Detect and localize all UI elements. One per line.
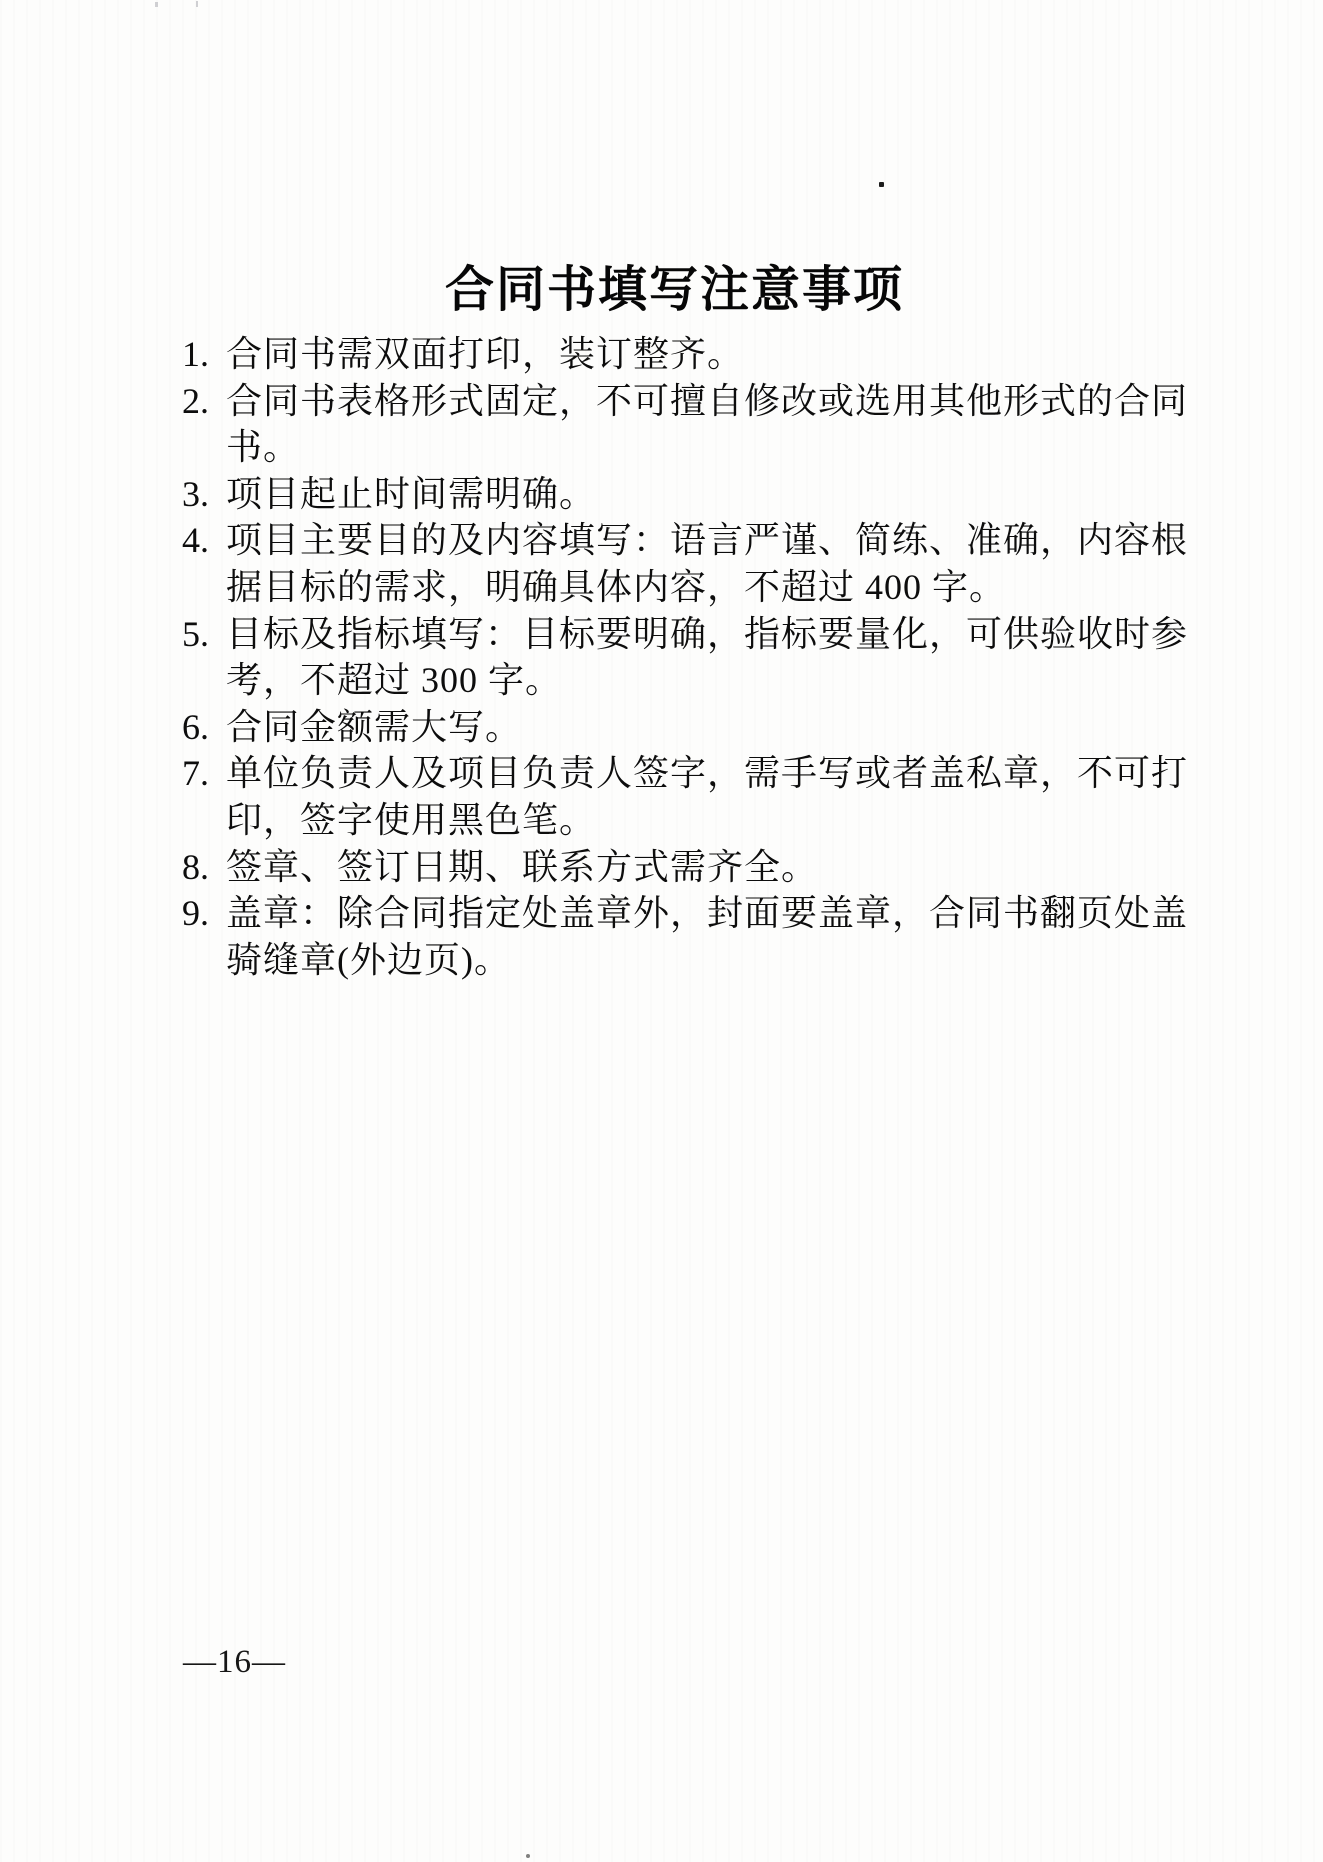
item-number: 3. [182, 471, 226, 518]
item-text: 签章、签订日期、联系方式需齐全。 [226, 844, 1187, 891]
item-line: 骑缝章(外边页)。 [226, 937, 1188, 984]
item-number: 4. [182, 517, 226, 610]
item-text: 项目起止时间需明确。 [226, 471, 1187, 518]
item-text: 项目主要目的及内容填写：语言严谨、简练、准确，内容根 据目标的需求，明确具体内容… [226, 517, 1188, 610]
scanned-document-page: 合同书填写注意事项 1. 合同书需双面打印，装订整齐。 2. 合同书表格形式固定… [0, 0, 1323, 1862]
page-title: 合同书填写注意事项 [182, 251, 1167, 321]
item-line: 考，不超过 300 字。 [226, 657, 1188, 704]
item-text: 合同书表格形式固定，不可擅自修改或选用其他形式的合同 书。 [226, 378, 1188, 471]
item-text: 盖章：除合同指定处盖章外，封面要盖章，合同书翻页处盖 骑缝章(外边页)。 [226, 890, 1188, 983]
page-number: —16— [183, 1644, 286, 1681]
item-number: 9. [182, 890, 226, 983]
item-line: 印，签字使用黑色笔。 [226, 797, 1188, 844]
item-line: 项目主要目的及内容填写：语言严谨、简练、准确，内容根 [226, 517, 1188, 564]
scan-dot [879, 182, 884, 187]
item-line: 盖章：除合同指定处盖章外，封面要盖章，合同书翻页处盖 [226, 890, 1188, 937]
list-item: 4. 项目主要目的及内容填写：语言严谨、简练、准确，内容根 据目标的需求，明确具… [182, 517, 1187, 610]
item-line: 合同书表格形式固定，不可擅自修改或选用其他形式的合同 [226, 378, 1188, 425]
list-item: 5. 目标及指标填写：目标要明确，指标要量化，可供验收时参 考，不超过 300 … [182, 611, 1187, 704]
scan-speck [155, 2, 158, 7]
item-line: 合同书需双面打印，装订整齐。 [226, 331, 1187, 378]
item-line: 目标及指标填写：目标要明确，指标要量化，可供验收时参 [226, 611, 1188, 658]
item-number: 2. [182, 378, 226, 471]
item-line: 书。 [226, 424, 1188, 471]
item-text: 单位负责人及项目负责人签字，需手写或者盖私章，不可打 印，签字使用黑色笔。 [226, 750, 1188, 843]
scan-speck [196, 1, 198, 7]
item-text: 合同金额需大写。 [226, 704, 1187, 751]
item-number: 6. [182, 704, 226, 751]
item-number: 7. [182, 750, 226, 843]
list-item: 3. 项目起止时间需明确。 [182, 471, 1187, 518]
list-item: 2. 合同书表格形式固定，不可擅自修改或选用其他形式的合同 书。 [182, 378, 1187, 471]
list-item: 9. 盖章：除合同指定处盖章外，封面要盖章，合同书翻页处盖 骑缝章(外边页)。 [182, 890, 1187, 983]
item-text: 目标及指标填写：目标要明确，指标要量化，可供验收时参 考，不超过 300 字。 [226, 611, 1188, 704]
item-line: 合同金额需大写。 [226, 704, 1187, 751]
item-number: 1. [182, 331, 226, 378]
item-number: 8. [182, 844, 226, 891]
list-item: 1. 合同书需双面打印，装订整齐。 [182, 331, 1187, 378]
list-item: 7. 单位负责人及项目负责人签字，需手写或者盖私章，不可打 印，签字使用黑色笔。 [182, 750, 1187, 843]
list-item: 8. 签章、签订日期、联系方式需齐全。 [182, 844, 1187, 891]
item-line: 项目起止时间需明确。 [226, 471, 1187, 518]
item-line: 签章、签订日期、联系方式需齐全。 [226, 844, 1187, 891]
notes-list: 1. 合同书需双面打印，装订整齐。 2. 合同书表格形式固定，不可擅自修改或选用… [182, 331, 1187, 983]
list-item: 6. 合同金额需大写。 [182, 704, 1187, 751]
item-line: 据目标的需求，明确具体内容，不超过 400 字。 [226, 564, 1188, 611]
scan-dot [526, 1854, 530, 1858]
item-text: 合同书需双面打印，装订整齐。 [226, 331, 1187, 378]
item-line: 单位负责人及项目负责人签字，需手写或者盖私章，不可打 [226, 750, 1188, 797]
item-number: 5. [182, 611, 226, 704]
